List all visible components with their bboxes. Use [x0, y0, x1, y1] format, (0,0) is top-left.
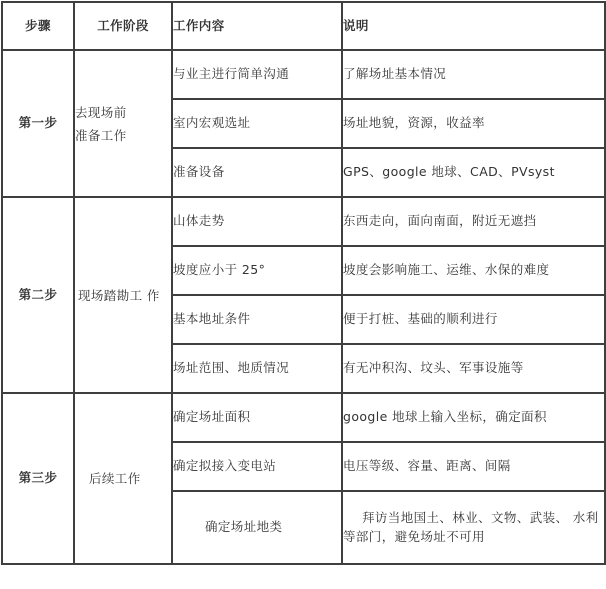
cell-note: 有无冲积沟、坟头、军事设施等 [342, 344, 605, 393]
cell-content: 确定场址面积 [172, 393, 342, 442]
cell-note: 拜访当地国土、林业、文物、武装、 水利等部门，避免场址不可用 [342, 491, 605, 564]
phase-line-1: 去现场前 [75, 101, 171, 124]
phase-line-1: 现场踏勘工 作 [78, 284, 171, 307]
cell-content: 确定场址地类 [172, 491, 342, 564]
cell-phase-2: 现场踏勘工 作 [74, 197, 172, 393]
work-steps-table: 步骤 工作阶段 工作内容 说明 第一步 去现场前 准备工作 与业主进行简单沟通 … [1, 1, 606, 565]
table-row: 第一步 去现场前 准备工作 与业主进行简单沟通 了解场址基本情况 [2, 50, 605, 99]
cell-note: 东西走向，面向南面，附近无遮挡 [342, 197, 605, 246]
cell-note: 坡度会影响施工、运维、水保的难度 [342, 246, 605, 295]
phase-line-2: 准备工作 [75, 124, 171, 147]
col-header-note: 说明 [342, 2, 605, 50]
document-page: 步骤 工作阶段 工作内容 说明 第一步 去现场前 准备工作 与业主进行简单沟通 … [0, 0, 606, 589]
col-header-content: 工作内容 [172, 2, 342, 50]
cell-content: 准备设备 [172, 148, 342, 197]
table-row: 第二步 现场踏勘工 作 山体走势 东西走向，面向南面，附近无遮挡 [2, 197, 605, 246]
cell-content: 坡度应小于 25° [172, 246, 342, 295]
cell-content: 山体走势 [172, 197, 342, 246]
cell-content: 场址范围、地质情况 [172, 344, 342, 393]
cell-phase-1: 去现场前 准备工作 [74, 50, 172, 197]
table-row: 第三步 后续工作 确定场址面积 google 地球上输入坐标，确定面积 [2, 393, 605, 442]
cell-step-1: 第一步 [2, 50, 74, 197]
cell-step-3: 第三步 [2, 393, 74, 564]
cell-content: 基本地址条件 [172, 295, 342, 344]
col-header-phase: 工作阶段 [74, 2, 172, 50]
cell-note: 了解场址基本情况 [342, 50, 605, 99]
cell-content: 室内宏观选址 [172, 99, 342, 148]
cell-note: GPS、google 地球、CAD、PVsyst [342, 148, 605, 197]
phase-line-1: 后续工作 [89, 467, 171, 490]
cell-content: 确定拟接入变电站 [172, 442, 342, 491]
cell-note: 便于打桩、基础的顺利进行 [342, 295, 605, 344]
cell-note: 电压等级、容量、距离、间隔 [342, 442, 605, 491]
cell-step-2: 第二步 [2, 197, 74, 393]
cell-note: 场址地貌，资源，收益率 [342, 99, 605, 148]
cell-content: 与业主进行简单沟通 [172, 50, 342, 99]
header-row: 步骤 工作阶段 工作内容 说明 [2, 2, 605, 50]
cell-phase-3: 后续工作 [74, 393, 172, 564]
col-header-step: 步骤 [2, 2, 74, 50]
cell-note: google 地球上输入坐标，确定面积 [342, 393, 605, 442]
